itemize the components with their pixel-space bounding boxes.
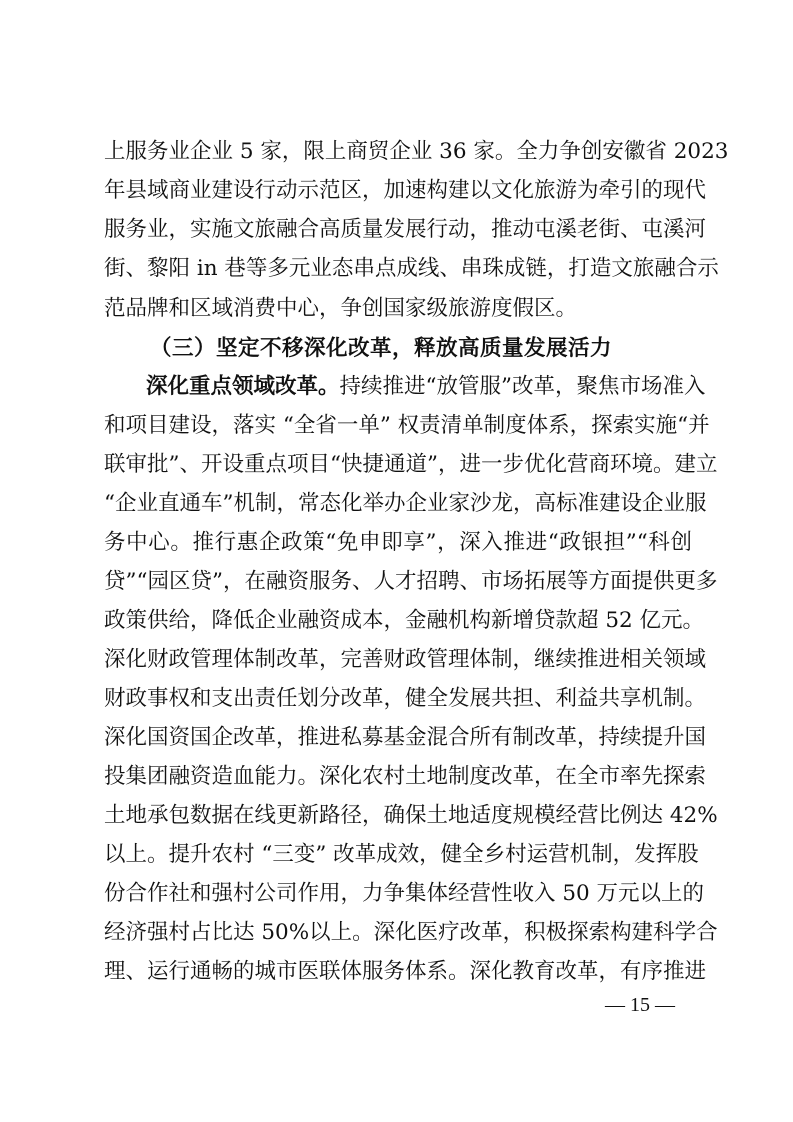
body-text-line: 经济强村占比达 50%以上。深化医疗改革，积极探索构建科学合	[104, 913, 692, 952]
body-text-line: 政策供给，降低企业融资成本，金融机构新增贷款超 52 亿元。	[104, 601, 692, 640]
body-text-line: 范品牌和区域消费中心，争创国家级旅游度假区。	[104, 289, 692, 328]
section-heading: （三）坚定不移深化改革，释放高质量发展活力	[150, 329, 612, 368]
body-text-line: 理、运行通畅的城市医联体服务体系。深化教育改革，有序推进	[104, 952, 692, 991]
paragraph-first-line: 深化重点领域改革。持续推进“放管服”改革，聚焦市场准入	[146, 367, 692, 406]
body-text-line: 务中心。推行惠企政策“免申即享”，深入推进“政银担”“科创	[104, 523, 692, 562]
body-text-line: 联审批”、开设重点项目“快捷通道”，进一步优化营商环境。建立	[104, 445, 692, 484]
body-text-line: 深化国资国企改革，推进私募基金混合所有制改革，持续提升国	[104, 718, 692, 757]
body-text-line: 投集团融资造血能力。深化农村土地制度改革，在全市率先探索	[104, 757, 692, 796]
body-text-line: 份合作社和强村公司作用，力争集体经营性收入 50 万元以上的	[104, 874, 692, 913]
body-text-line: 服务业，实施文旅融合高质量发展行动，推动屯溪老街、屯溪河	[104, 210, 692, 249]
document-page: 上服务业企业 5 家，限上商贸企业 36 家。全力争创安徽省 2023 年县域商…	[0, 0, 793, 1122]
body-text-line: 年县域商业建设行动示范区，加速构建以文化旅游为牵引的现代	[104, 171, 692, 210]
body-text-line: 上服务业企业 5 家，限上商贸企业 36 家。全力争创安徽省 2023	[104, 132, 692, 171]
body-text-line: 财政事权和支出责任划分改革，健全发展共担、利益共享机制。	[104, 679, 692, 718]
body-text-line: 和项目建设，落实 “全省一单” 权责清单制度体系，探索实施“并	[104, 406, 692, 445]
body-text-line: “企业直通车”机制，常态化举办企业家沙龙，高标准建设企业服	[104, 484, 692, 523]
body-text-line: 土地承包数据在线更新路径，确保土地适度规模经营比例达 42%	[104, 796, 692, 835]
body-text-line: 深化财政管理体制改革，完善财政管理体制，继续推进相关领域	[104, 640, 692, 679]
paragraph-first-line-text: 持续推进“放管服”改革，聚焦市场准入	[340, 374, 706, 399]
body-text-line: 贷”“园区贷”，在融资服务、人才招聘、市场拓展等方面提供更多	[104, 562, 692, 601]
page-number: — 15 —	[600, 990, 680, 1020]
body-text-line: 街、黎阳 in 巷等多元业态串点成线、串珠成链，打造文旅融合示	[104, 249, 692, 288]
body-text-line: 以上。提升农村 “三变” 改革成效，健全乡村运营机制，发挥股	[104, 835, 692, 874]
paragraph-lead-title: 深化重点领域改革。	[146, 374, 340, 399]
